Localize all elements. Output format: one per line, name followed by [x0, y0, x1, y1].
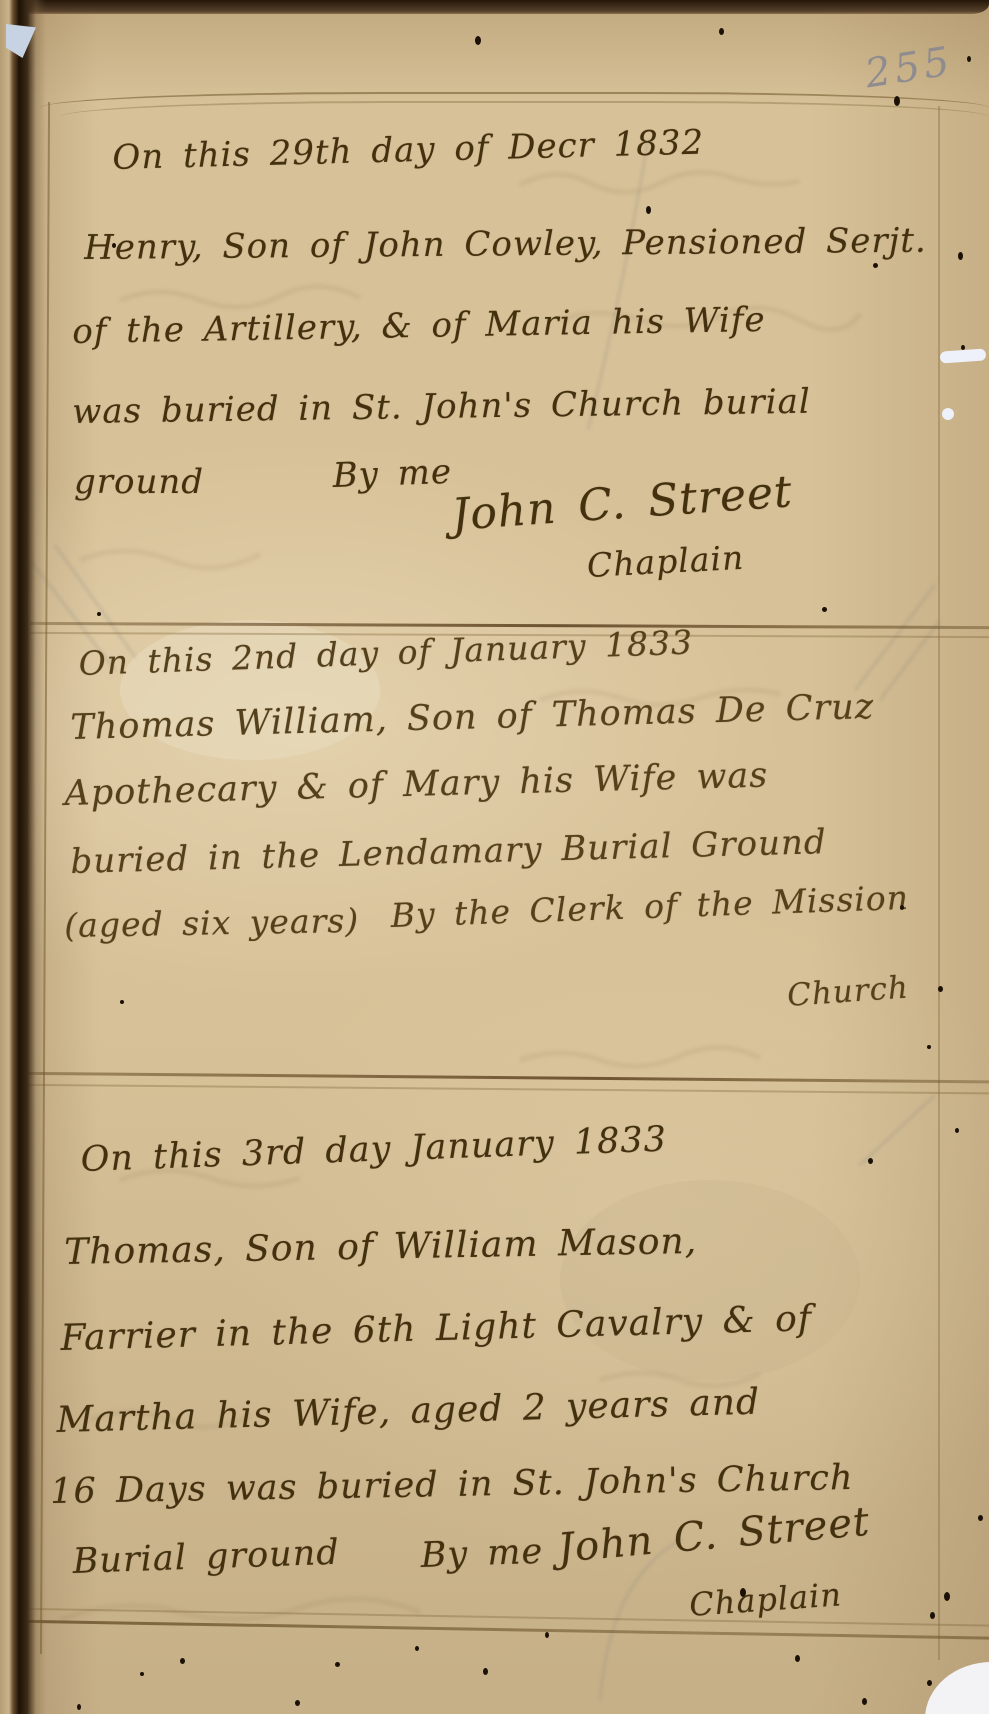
ink-dot	[958, 252, 963, 260]
ink-dot	[822, 607, 827, 612]
ink-dot	[894, 96, 900, 106]
binding-gutter	[0, 0, 46, 1714]
entry-1-by: By me	[332, 452, 453, 496]
entry-1-line-4: ground	[74, 462, 204, 502]
ink-dot	[873, 263, 878, 268]
ink-dot	[112, 243, 116, 248]
ink-dot	[862, 1698, 867, 1705]
ink-dot	[944, 1592, 950, 1601]
ink-dot	[77, 1704, 81, 1710]
entry-1-line-1: Henry, Son of John Cowley, Pensioned Ser…	[84, 221, 927, 268]
frame-right-rule	[938, 106, 940, 1660]
ink-dot	[967, 56, 971, 62]
ink-dot	[180, 1658, 185, 1664]
ink-dot	[415, 1646, 419, 1651]
entry-3-by: By me	[420, 1532, 544, 1576]
ink-dot	[927, 1680, 932, 1686]
ink-dot	[545, 1632, 549, 1638]
ink-dot	[475, 36, 481, 45]
ink-dot	[295, 1700, 300, 1706]
ink-dot	[795, 1655, 800, 1662]
ink-dot	[719, 28, 724, 35]
ink-dot	[335, 1662, 340, 1667]
binding-top-edge	[0, 0, 989, 14]
ink-dot	[955, 1128, 959, 1133]
entry-2-line-4: (aged six years)	[64, 901, 359, 945]
ink-dot	[140, 1672, 144, 1676]
ink-dot	[938, 986, 943, 992]
ink-dot	[900, 905, 904, 910]
page-edge-hole	[942, 408, 954, 420]
ink-dot	[930, 1612, 935, 1619]
ink-dot	[868, 1158, 873, 1164]
ink-dot	[646, 206, 651, 214]
ink-dot	[483, 1668, 488, 1675]
entry-1-role: Chaplain	[586, 538, 745, 585]
register-page-scan: 255 On this 29th day of Decr 1832 Henry,…	[0, 0, 989, 1714]
ink-dot	[120, 1000, 124, 1004]
ink-dot	[740, 1588, 746, 1597]
ink-dot	[97, 612, 101, 616]
ink-dot	[978, 1515, 983, 1521]
ink-dot	[927, 1045, 931, 1049]
